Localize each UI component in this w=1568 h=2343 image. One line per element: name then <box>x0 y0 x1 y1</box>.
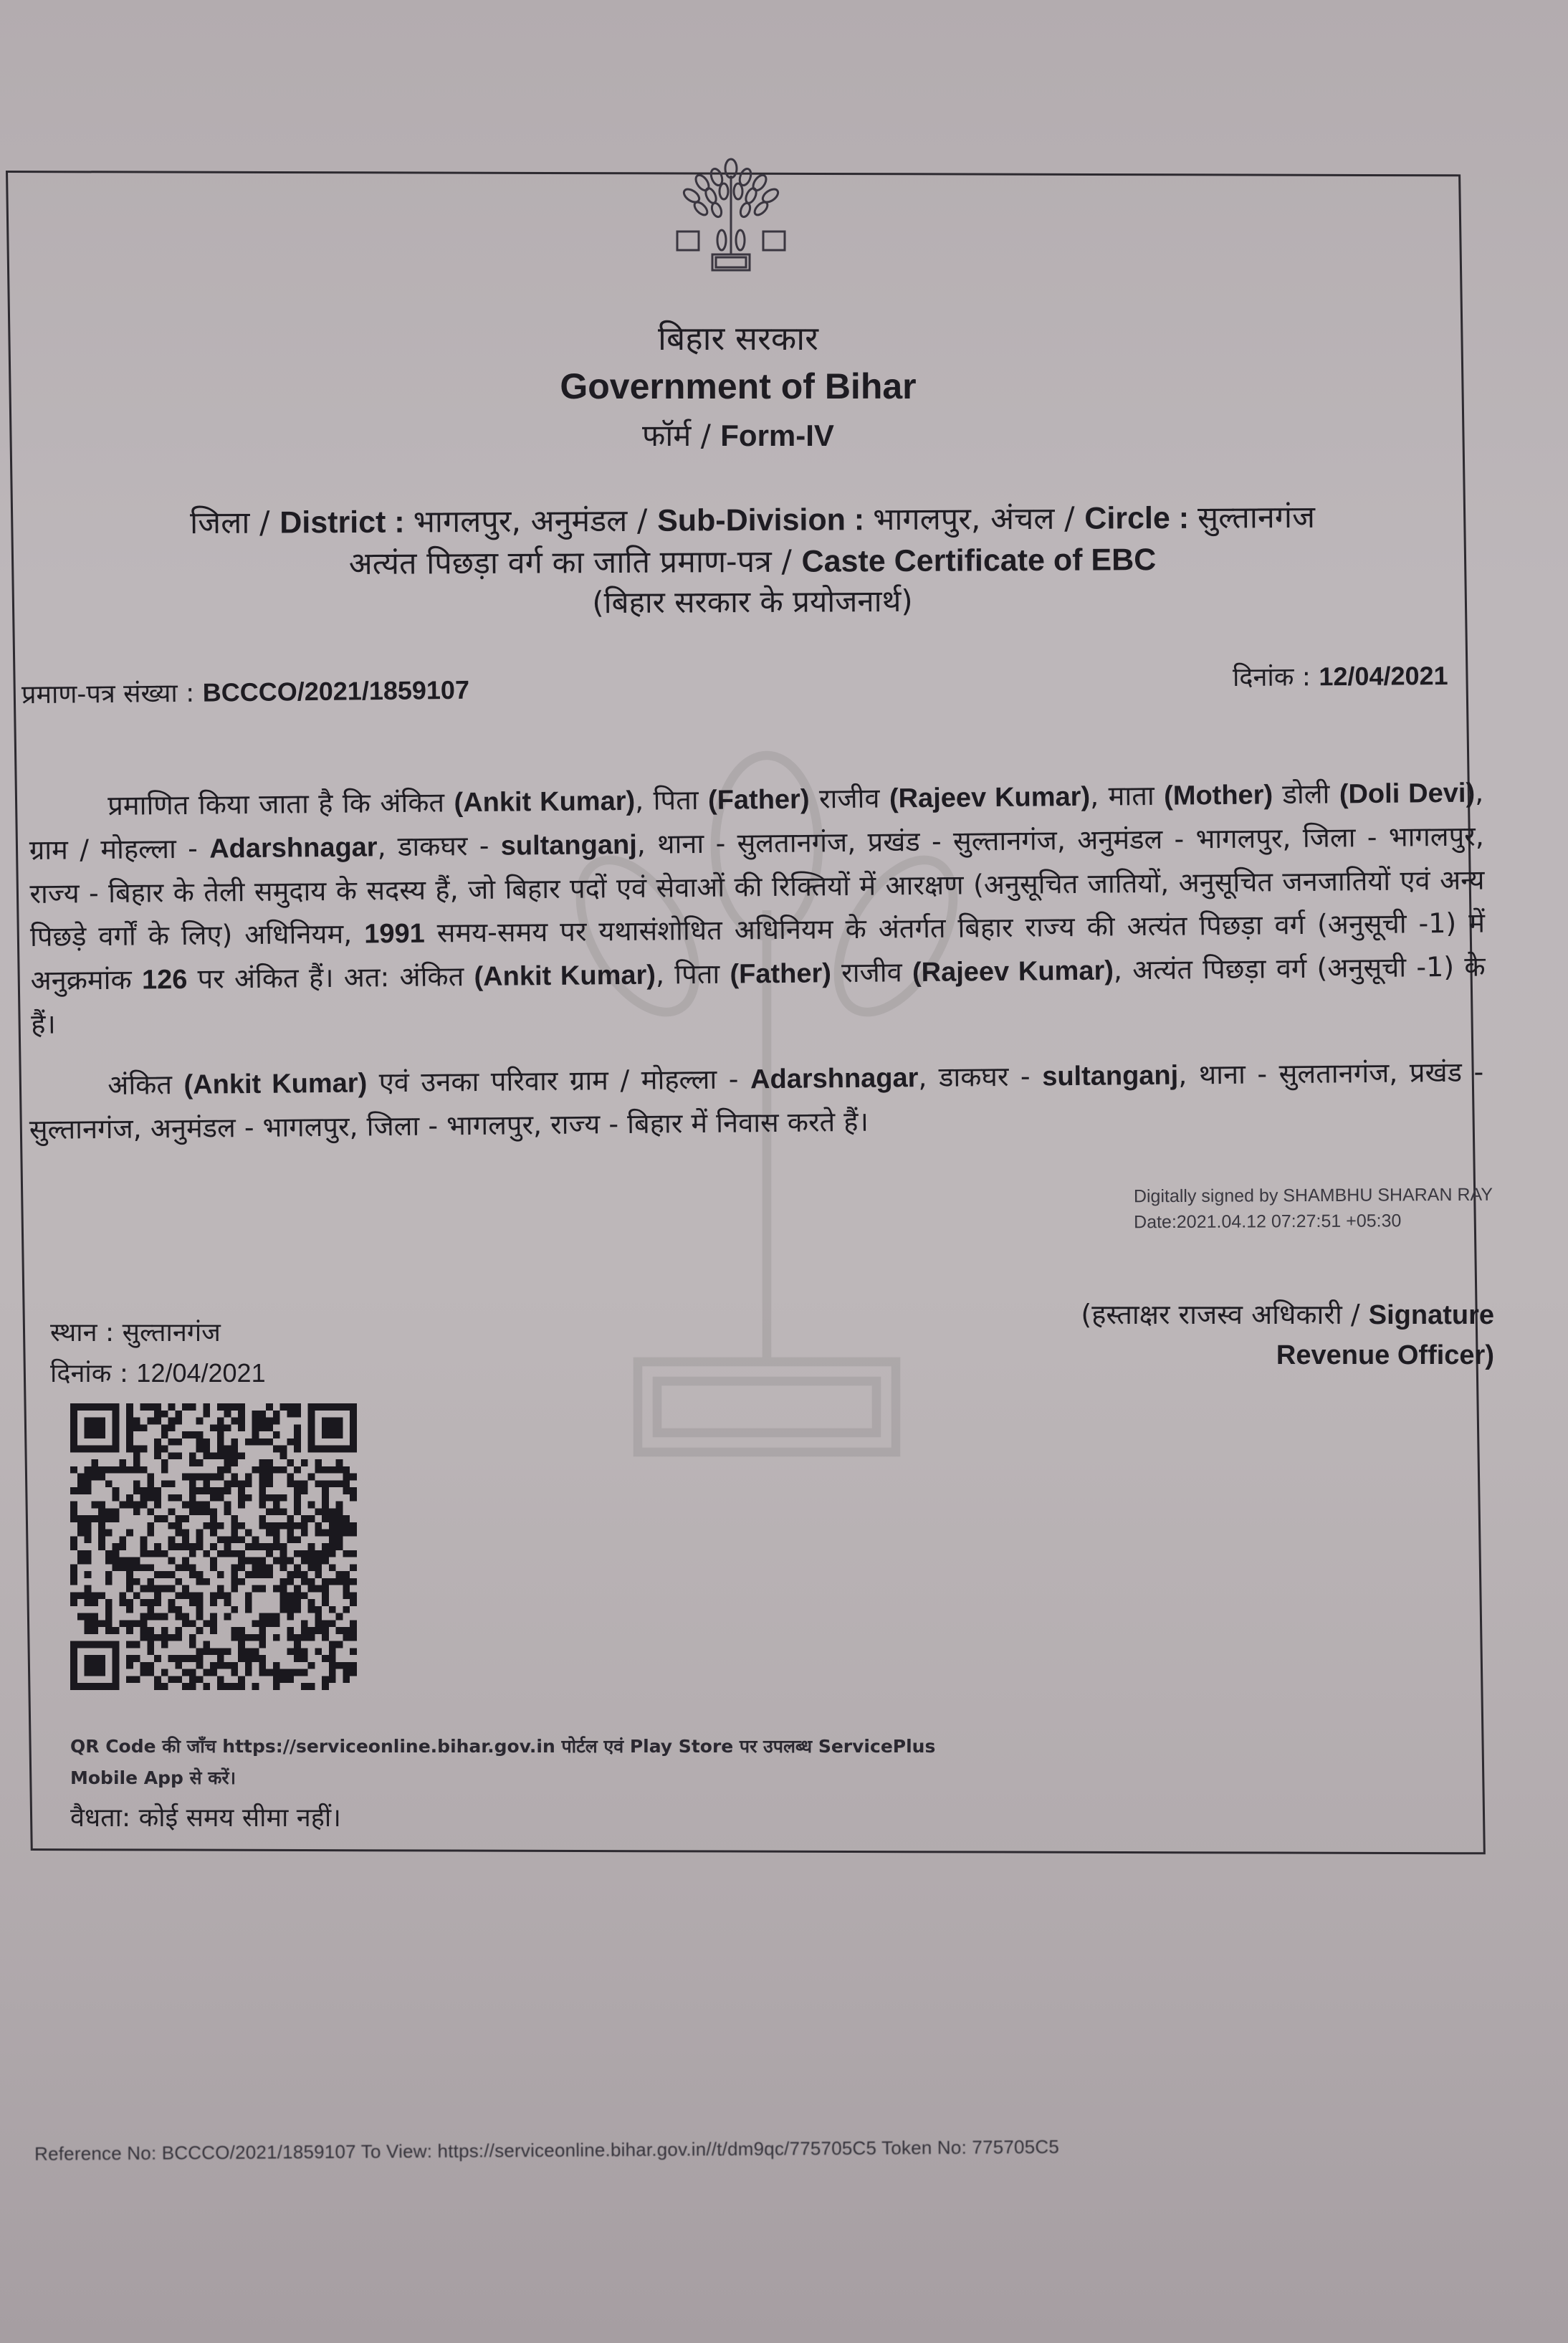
validity-note: वैधता: कोई समय सीमा नहीं। <box>70 1799 341 1834</box>
qr-verification-note: QR Code की जाँच https://serviceonline.bi… <box>70 1731 966 1794</box>
certificate-number-label: प्रमाण-पत्र संख्या : <box>21 679 203 710</box>
digital-signature: Digitally signed by SHAMBHU SHARAN RAY D… <box>1134 1182 1493 1236</box>
place-value: सुल्तानगंज <box>123 1318 221 1347</box>
district-label-hindi: जिला / <box>190 505 279 541</box>
circle-label-hindi: अंचल / <box>990 501 1084 538</box>
issue-date: दिनांक : 12/04/2021 <box>1233 657 1448 694</box>
circle-label: Circle : <box>1084 501 1197 536</box>
date-label: दिनांक : <box>50 1359 136 1388</box>
certificate-purpose: (बिहार सरकार के प्रयोजनार्थ) <box>0 577 1505 626</box>
subdivision-label: Sub-Division : <box>657 502 873 538</box>
certificate-number-value: BCCCO/2021/1859107 <box>203 675 470 707</box>
qr-code-icon[interactable] <box>70 1403 357 1690</box>
form-number: फॉर्म / Form-IV <box>0 414 1476 455</box>
issue-date-label: दिनांक : <box>1233 662 1319 692</box>
place-label: स्थान : <box>50 1318 123 1347</box>
certificate-type-hindi: अत्यंत पिछड़ा वर्ग का जाति प्रमाण-पत्र / <box>349 544 802 582</box>
district-value: भागलपुर, <box>413 504 530 540</box>
signature-label-hindi: (हस्ताक्षर राजस्व अधिकारी / <box>1081 1299 1368 1330</box>
govt-title-hindi: बिहार सरकार <box>0 315 1476 360</box>
form-label-hindi: फॉर्म / <box>642 418 720 453</box>
signature-label-english: Signature <box>1369 1300 1494 1330</box>
govt-title-english: Government of Bihar <box>0 366 1476 407</box>
form-label-english: Form-IV <box>720 419 834 452</box>
digital-signature-date: Date:2021.04.12 07:27:51 +05:30 <box>1134 1208 1493 1236</box>
district-label: District : <box>279 505 413 540</box>
issue-date-value: 12/04/2021 <box>1319 661 1448 691</box>
digital-signature-signer: Digitally signed by SHAMBHU SHARAN RAY <box>1134 1182 1493 1210</box>
subdivision-label-hindi: अनुमंडल / <box>531 503 658 540</box>
bihar-emblem-icon <box>666 154 795 280</box>
circle-value: सुल्तानगंज <box>1197 500 1315 536</box>
place-date-block: स्थान : सुल्तानगंज दिनांक : 12/04/2021 <box>50 1313 266 1394</box>
certification-text: प्रमाणित किया जाता है कि अंकित (Ankit Ku… <box>29 777 1486 1040</box>
date-value: 12/04/2021 <box>136 1358 265 1388</box>
subdivision-value: भागलपुर, <box>873 501 990 538</box>
certification-paragraph: प्रमाणित किया जाता है कि अंकित (Ankit Ku… <box>29 771 1486 1046</box>
signature-designation: Revenue Officer) <box>1018 1335 1494 1375</box>
signature-block: (हस्ताक्षर राजस्व अधिकारी / Signature Re… <box>1018 1294 1494 1375</box>
residence-paragraph: अंकित (Ankit Kumar) एवं उनका परिवार ग्रा… <box>29 1051 1484 1151</box>
certificate-type-english: Caste Certificate of EBC <box>801 543 1156 579</box>
certificate-number: प्रमाण-पत्र संख्या : BCCCO/2021/1859107 <box>21 672 469 712</box>
residence-text: अंकित (Ankit Kumar) एवं उनका परिवार ग्रा… <box>29 1056 1484 1145</box>
